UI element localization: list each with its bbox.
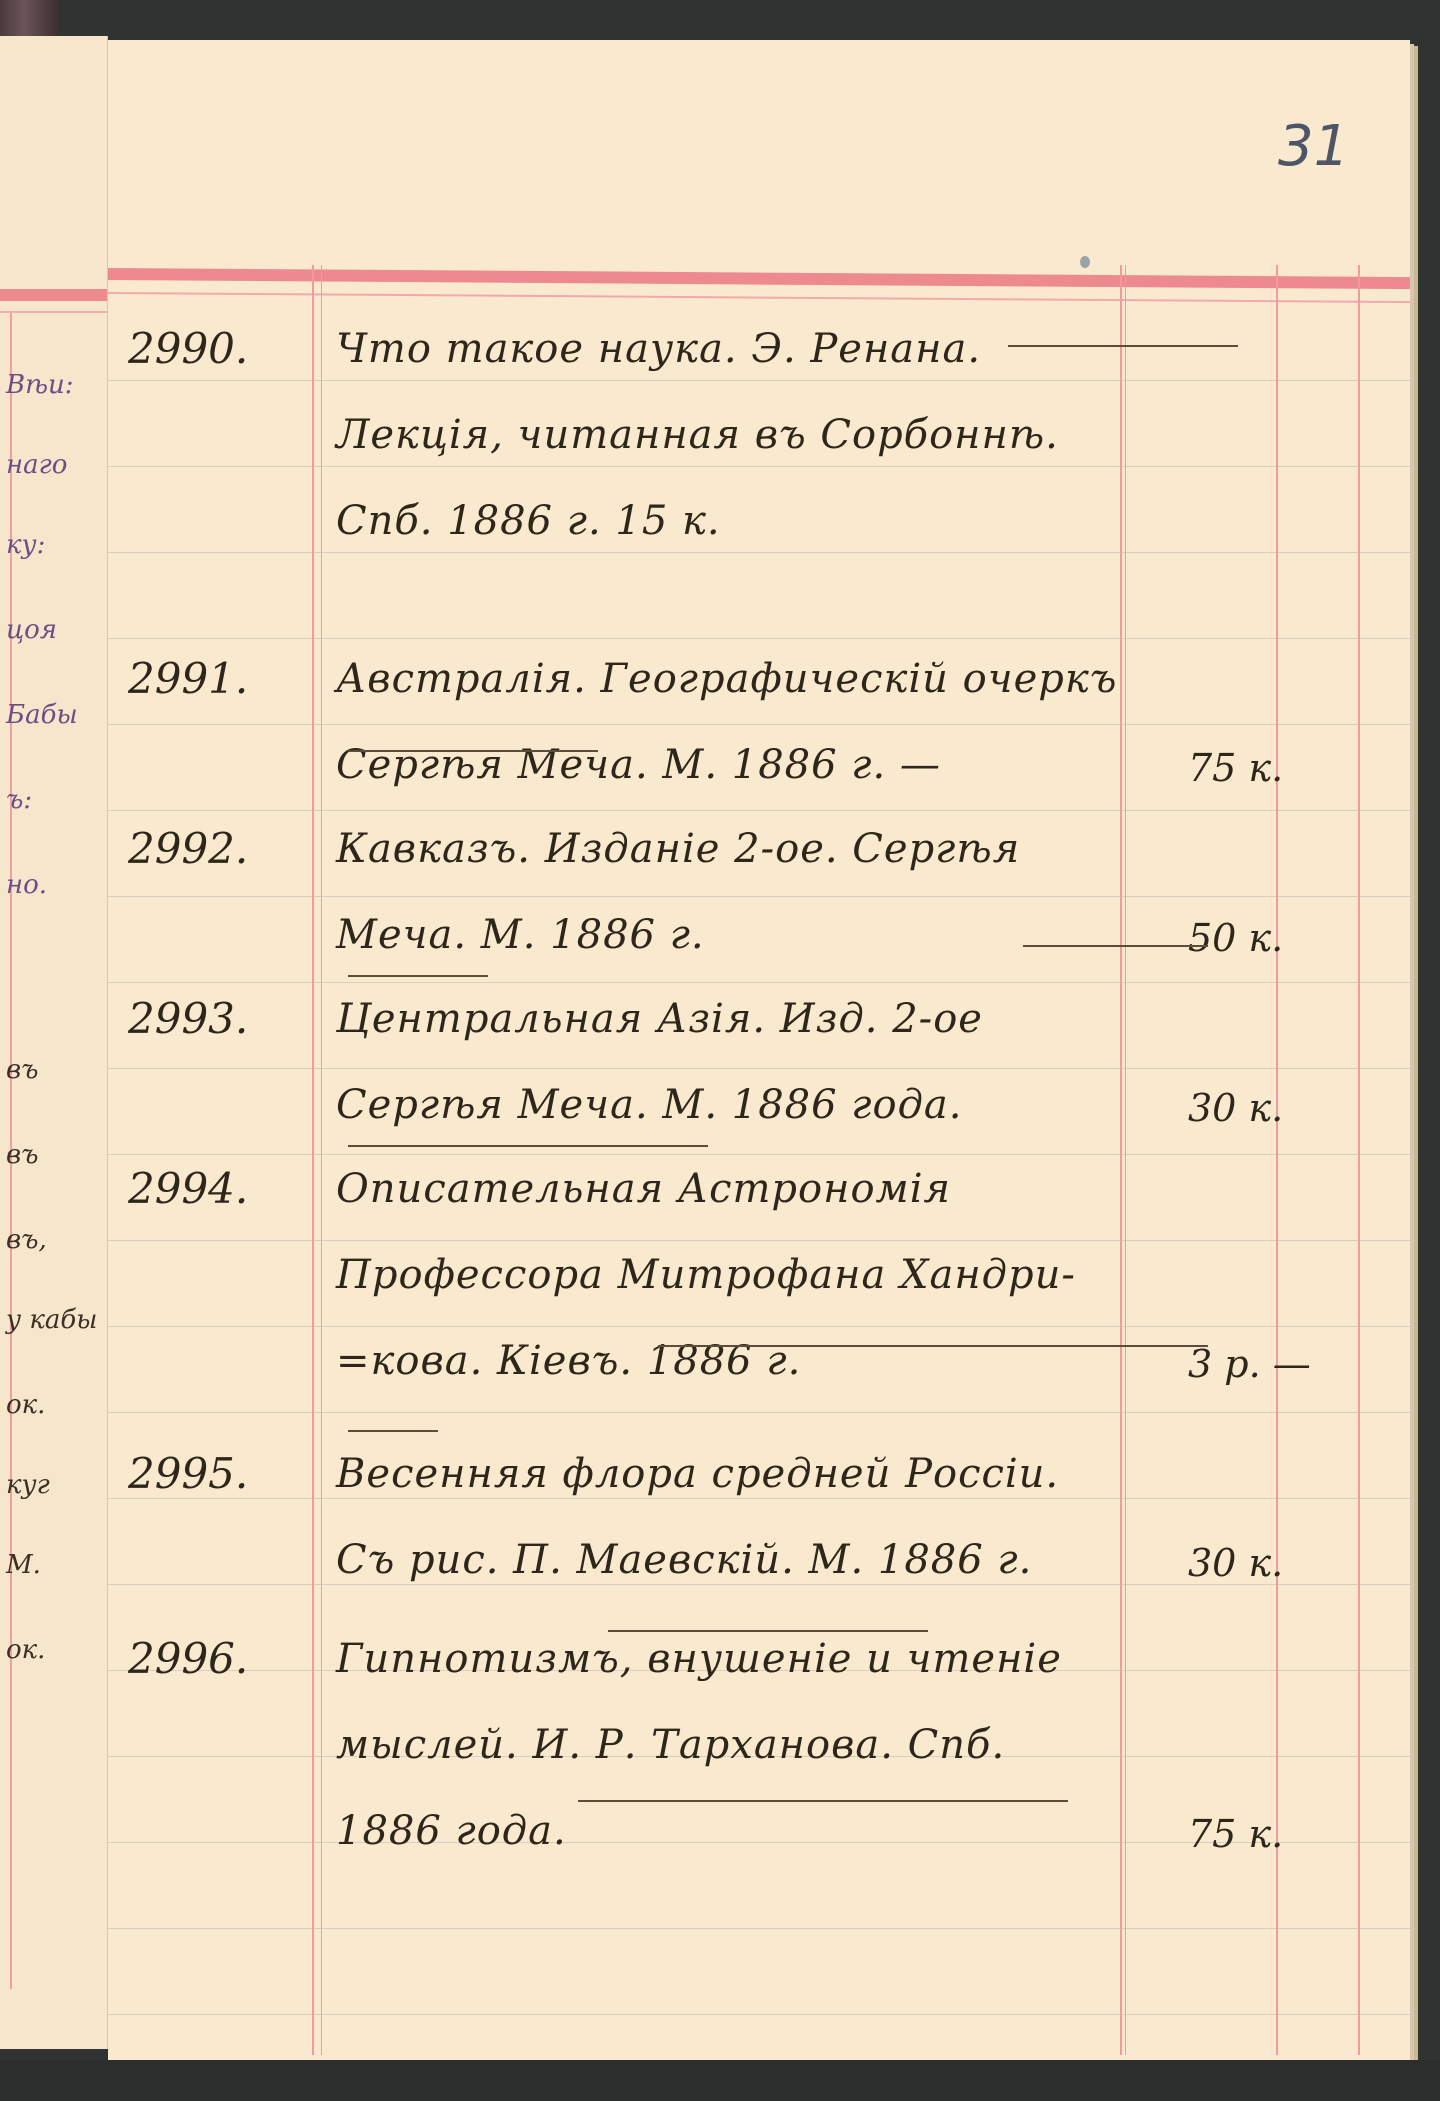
- ruled-line: [108, 1068, 1410, 1069]
- entry-text-line: Съ рис. П. Маевскій. М. 1886 г.: [336, 1537, 1032, 1583]
- entry-text-line: Что такое наука. Э. Ренана.: [336, 326, 981, 372]
- header-rule-thin: [0, 311, 108, 313]
- previous-page-fragment: Вѣи:: [6, 370, 74, 400]
- author-underline: [348, 1430, 438, 1432]
- previous-page-fragment: въ: [6, 1055, 38, 1085]
- entry-number: 2992.: [128, 824, 248, 873]
- entry-number: 2991.: [128, 654, 248, 703]
- author-underline: [348, 975, 488, 977]
- entry-text-line: Профессора Митрофана Хандри-: [336, 1252, 1076, 1298]
- ruled-line: [108, 1326, 1410, 1327]
- entry-text-line: мыслей. И. Р. Тарханова. Спб.: [336, 1722, 1005, 1768]
- ruled-line: [108, 982, 1410, 983]
- entry-text-line: Австралія. Географическій очеркъ: [336, 656, 1117, 702]
- previous-page-fragment: у кабы: [6, 1305, 97, 1335]
- column-rule-number-right-b: [321, 265, 322, 2055]
- entry-number: 2993.: [128, 994, 248, 1043]
- background-table: [0, 2060, 1440, 2101]
- book-binding: [0, 0, 60, 40]
- previous-page-strip: Вѣи:нагоку:цояБабыъ:но.въвъвъ,у кабыок.к…: [0, 36, 108, 2049]
- ruled-line: [108, 1498, 1410, 1499]
- ink-spot: [1080, 256, 1090, 268]
- entry-text-line: Сергѣя Меча. М. 1886 года.: [336, 1082, 963, 1128]
- ruled-line: [108, 638, 1410, 639]
- entry-price: 30 к.: [1188, 1086, 1283, 1130]
- previous-page-fragment: куг: [6, 1470, 50, 1500]
- column-rule-title-right: [1120, 265, 1122, 2055]
- entry-text-line: Спб. 1886 г. 15 к.: [336, 498, 721, 544]
- previous-page-fragment: Бабы: [6, 700, 78, 730]
- entry-price: 3 р. —: [1188, 1342, 1311, 1386]
- entry-text-line: Сергѣя Меча. М. 1886 г. —: [336, 742, 941, 788]
- column-rule-number-right: [312, 265, 314, 2055]
- ruled-line: [108, 1240, 1410, 1241]
- previous-page-fragment: ок.: [6, 1635, 45, 1665]
- previous-page-fragment: ъ:: [6, 785, 32, 815]
- previous-page-fragment: но.: [6, 870, 47, 900]
- ruled-line: [108, 1412, 1410, 1413]
- ledger-page: 31 2990.Что такое наука. Э. Ренана.Лекці…: [108, 40, 1410, 2065]
- column-rule-title-right-b: [1125, 265, 1126, 2055]
- previous-page-fragment: въ,: [6, 1225, 47, 1255]
- column-rule-kopecks: [1358, 265, 1360, 2055]
- entry-price: 75 к.: [1188, 746, 1283, 790]
- entry-price: 75 к.: [1188, 1812, 1283, 1856]
- ruled-line: [108, 724, 1410, 725]
- ruled-line: [108, 1928, 1410, 1929]
- page-number: 31: [1278, 114, 1349, 179]
- author-underline: [348, 1145, 708, 1147]
- header-rule-band: [0, 289, 108, 301]
- entry-text-line: Меча. М. 1886 г.: [336, 912, 705, 958]
- ruled-line: [108, 466, 1410, 467]
- entry-number: 2996.: [128, 1634, 248, 1683]
- ruled-line: [108, 896, 1410, 897]
- header-rule-thin: [108, 292, 1410, 303]
- entry-text-line: Центральная Азія. Изд. 2-ое: [336, 996, 983, 1042]
- author-underline: [1008, 345, 1238, 347]
- ruled-line: [108, 2014, 1410, 2015]
- previous-page-fragment: наго: [6, 450, 67, 480]
- previous-page-fragment: ку:: [6, 530, 45, 560]
- entry-number: 2995.: [128, 1449, 248, 1498]
- previous-page-fragment: ок.: [6, 1390, 45, 1420]
- ruled-line: [108, 810, 1410, 811]
- entry-price: 30 к.: [1188, 1541, 1283, 1585]
- entry-text-line: Весенняя флора средней Россіи.: [336, 1451, 1059, 1497]
- entry-text-line: Лекція, читанная въ Сорбоннѣ.: [336, 412, 1059, 458]
- author-underline: [608, 1630, 928, 1632]
- entry-text-line: Кавказъ. Изданіе 2-ое. Сергѣя: [336, 826, 1020, 872]
- ruled-line: [108, 552, 1410, 553]
- previous-page-fragment: цоя: [6, 615, 57, 645]
- entry-text-line: Гипнотизмъ, внушеніе и чтеніе: [336, 1636, 1062, 1682]
- entry-number: 2994.: [128, 1164, 248, 1213]
- entry-price: 50 к.: [1188, 916, 1283, 960]
- ruled-line: [108, 1154, 1410, 1155]
- entry-text-line: Описательная Астрономія: [336, 1166, 951, 1212]
- ruled-line: [108, 380, 1410, 381]
- previous-page-fragment: М.: [6, 1550, 41, 1580]
- header-rule-band: [108, 268, 1410, 289]
- column-rule-rubles: [1276, 265, 1278, 2055]
- author-underline: [348, 750, 598, 752]
- author-underline: [1023, 945, 1208, 947]
- entry-number: 2990.: [128, 324, 248, 373]
- previous-page-fragment: въ: [6, 1140, 38, 1170]
- author-underline: [658, 1345, 1208, 1347]
- entry-text-line: 1886 года.: [336, 1808, 567, 1854]
- author-underline: [578, 1800, 1068, 1802]
